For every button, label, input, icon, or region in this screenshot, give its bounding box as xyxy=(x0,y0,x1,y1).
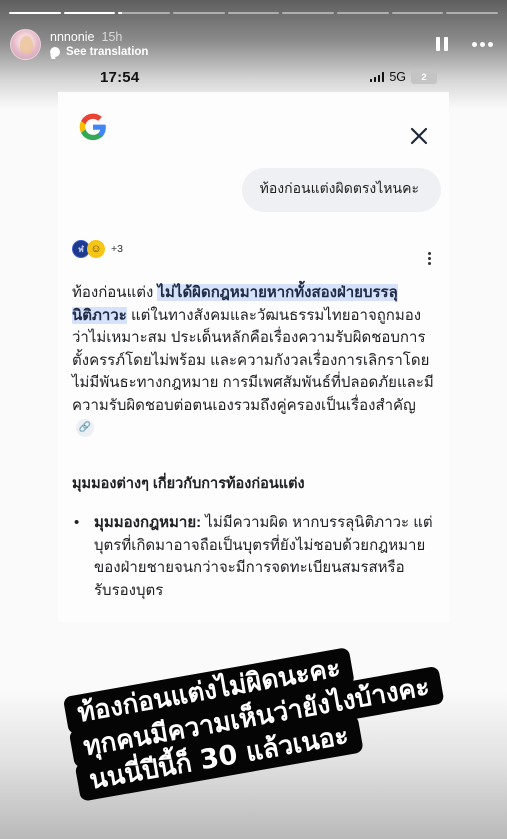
user-query-bubble: ท้องก่อนแต่งผิดตรงไหนคะ xyxy=(242,168,441,212)
more-sources-count[interactable]: +3 xyxy=(111,243,123,255)
progress-segment xyxy=(173,12,225,14)
progress-segment xyxy=(228,12,280,14)
story-progress-bar xyxy=(9,12,498,14)
progress-segment xyxy=(446,12,498,14)
story-meta: nnnonie 15h See translation xyxy=(50,30,148,58)
ai-answer-paragraph: ท้องก่อนแต่ง ไม่ได้ผิดกฎหมายหากทั้งสองฝ่… xyxy=(72,282,435,440)
speech-bubble-icon xyxy=(50,47,60,57)
perspectives-list: • มุมมองกฎหมาย: ไม่มีความผิด หากบรรลุนิต… xyxy=(72,512,435,602)
phone-status-bar: 17:54 5G 2 xyxy=(100,66,437,88)
signal-strength-icon xyxy=(370,72,385,82)
see-translation-label: See translation xyxy=(66,46,148,58)
progress-segment xyxy=(392,12,444,14)
list-item: • มุมมองกฎหมาย: ไม่มีความผิด หากบรรลุนิต… xyxy=(72,512,435,602)
network-type: 5G xyxy=(389,70,406,84)
answer-rest: แต่ในทางสังคมและวัฒนธรรมไทยอาจถูกมองว่าไ… xyxy=(72,307,434,414)
progress-segment xyxy=(282,12,334,14)
username[interactable]: nnnonie xyxy=(50,30,95,44)
google-logo-icon xyxy=(78,112,108,142)
more-vertical-icon[interactable] xyxy=(428,252,431,265)
progress-segment-current xyxy=(118,12,170,14)
battery-icon: 2 xyxy=(411,71,437,84)
progress-segment xyxy=(64,12,116,14)
emoji-source-icon[interactable]: ☺ xyxy=(87,240,105,258)
google-ai-overview-panel: ท้องก่อนแต่งผิดตรงไหนคะ ฬ ☺ +3 ท้องก่อนแ… xyxy=(58,92,449,622)
link-icon[interactable]: 🔗 xyxy=(76,419,94,437)
status-clock: 17:54 xyxy=(100,69,139,86)
story-header: nnnonie 15h See translation xyxy=(10,24,493,64)
avatar[interactable] xyxy=(10,29,41,60)
bullet-icon: • xyxy=(72,512,94,602)
story-caption-sticker[interactable]: ท้องก่อนแต่งไม่ผิดนะคะ ทุกคนมีความเห็นว่… xyxy=(49,603,507,837)
section-heading: มุมมองต่างๆ เกี่ยวกับการท้องก่อนแต่ง xyxy=(72,472,305,495)
more-horizontal-icon[interactable] xyxy=(472,42,493,47)
bullet-label: มุมมองกฎหมาย: xyxy=(94,514,201,531)
story-time: 15h xyxy=(102,30,123,44)
source-avatars[interactable]: ฬ ☺ +3 xyxy=(72,240,123,258)
close-icon[interactable] xyxy=(409,126,429,146)
answer-lead: ท้องก่อนแต่ง xyxy=(72,284,157,301)
progress-segment xyxy=(9,12,61,14)
progress-segment xyxy=(337,12,389,14)
see-translation-button[interactable]: See translation xyxy=(50,46,148,58)
caption-age-number: 30 xyxy=(198,739,240,776)
pause-icon[interactable] xyxy=(436,37,448,51)
